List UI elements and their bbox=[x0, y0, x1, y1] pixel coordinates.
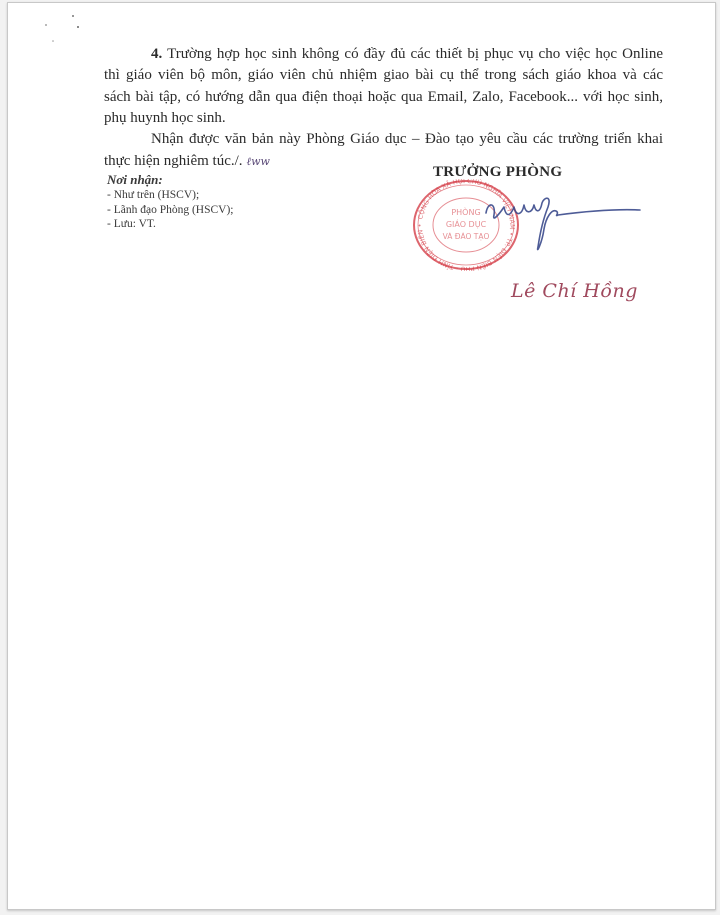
paragraph-1-line-1: 4. Trường hợp học sinh không có đầy đủ c… bbox=[104, 44, 663, 64]
recipient-item: - Như trên (HSCV); bbox=[107, 188, 234, 203]
handwritten-signature-icon bbox=[478, 183, 648, 263]
paragraph-1-line-4: phụ huynh học sinh. bbox=[104, 108, 663, 128]
recipient-item: - Lưu: VT. bbox=[107, 217, 234, 232]
text-line: 4. Trường hợp học sinh không có đầy đủ c… bbox=[151, 44, 663, 64]
recipient-item: - Lãnh đạo Phòng (HSCV); bbox=[107, 203, 234, 218]
text-line: phụ huynh học sinh. bbox=[104, 110, 226, 126]
text-line: sách bài tập, có hướng dẫn qua điện thoạ… bbox=[104, 87, 663, 107]
initial-mark: ℓww bbox=[247, 155, 270, 168]
recipients-block: Nơi nhận: - Như trên (HSCV); - Lãnh đạo … bbox=[107, 171, 234, 232]
paragraph-2-line-2: thực hiện nghiêm túc./.ℓww bbox=[104, 151, 663, 171]
text-line: thì giáo viên bộ môn, giáo viên chủ nhiệ… bbox=[104, 65, 663, 85]
document-page: 4. Trường hợp học sinh không có đầy đủ c… bbox=[7, 2, 716, 910]
signer-name: Lê Chí Hồng bbox=[511, 280, 638, 302]
paragraph-1-line-2: thì giáo viên bộ môn, giáo viên chủ nhiệ… bbox=[104, 65, 663, 85]
text-line: thực hiện nghiêm túc./. bbox=[104, 153, 243, 169]
scan-speckles bbox=[43, 13, 83, 43]
paragraph-1-line-3: sách bài tập, có hướng dẫn qua điện thoạ… bbox=[104, 87, 663, 107]
paragraph-2-line-1: Nhận được văn bản này Phòng Giáo dục – Đ… bbox=[104, 129, 663, 149]
item-number: 4. bbox=[151, 46, 162, 62]
text-line: Nhận được văn bản này Phòng Giáo dục – Đ… bbox=[151, 129, 663, 149]
recipients-title: Nơi nhận: bbox=[107, 171, 234, 188]
svg-text:PHÒNG: PHÒNG bbox=[451, 206, 480, 217]
